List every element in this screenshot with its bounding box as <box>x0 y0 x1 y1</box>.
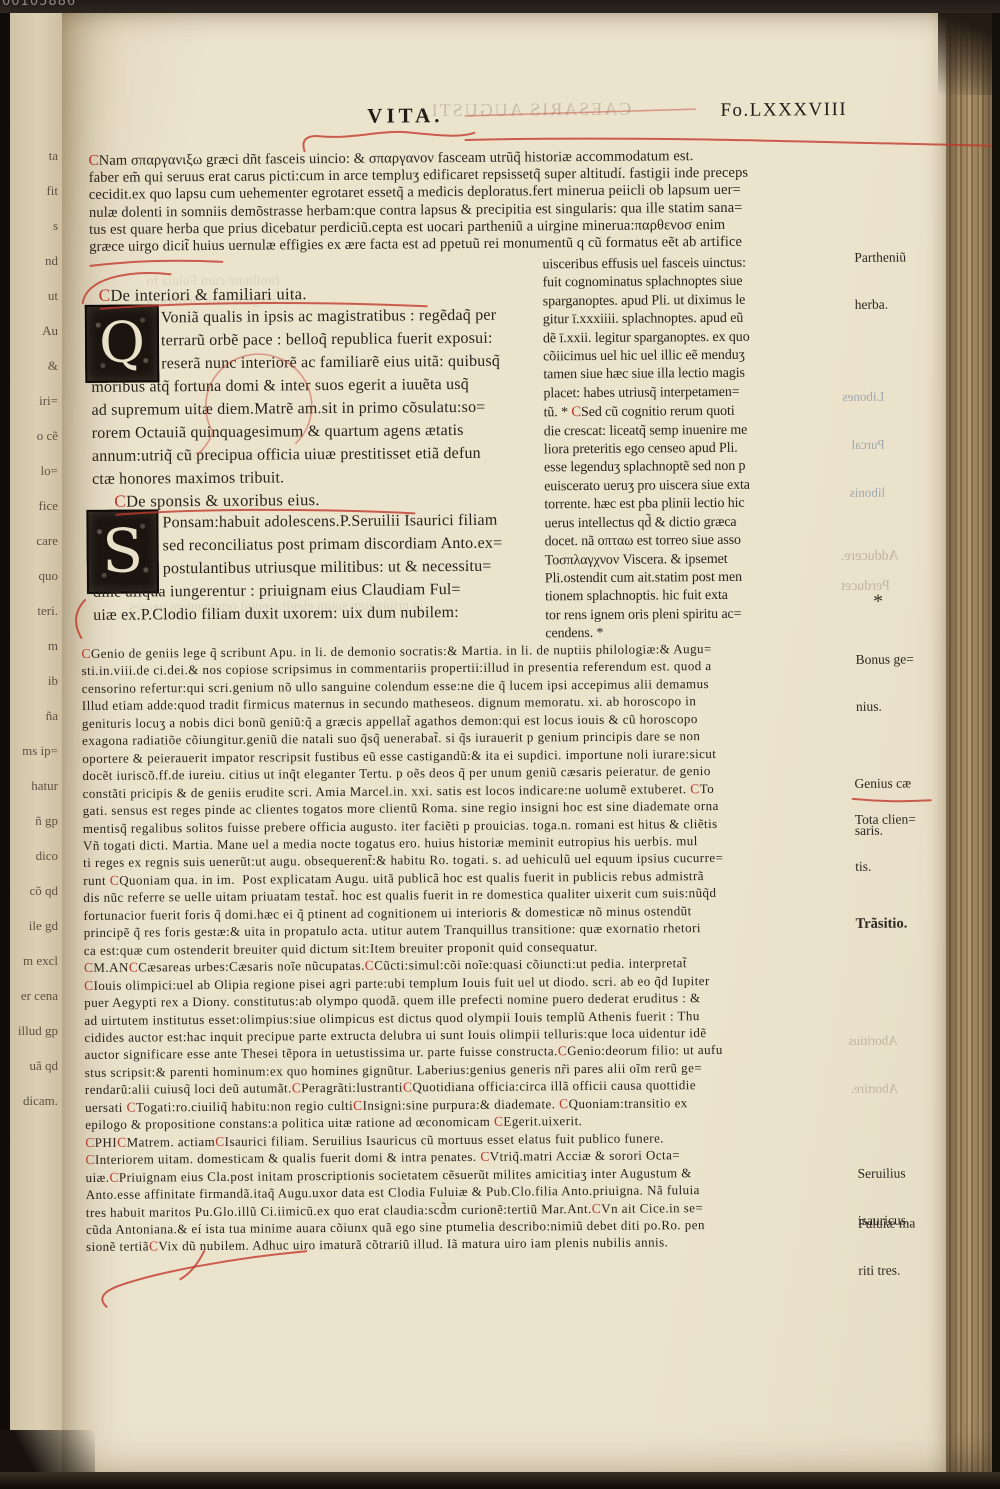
photo-left-edge <box>0 0 10 1489</box>
binding-shadow-top-right <box>938 0 1000 95</box>
photo-right-edge <box>992 0 1000 1489</box>
page-content: CAESARIS AUGUSTI. fimilitate cum Fuluia … <box>0 0 1000 1489</box>
photo-bottom-edge <box>0 1472 1000 1489</box>
book-photo: tafitsndutAu&iri=o cẽlo=ficecarequoteri.… <box>0 0 1000 1489</box>
red-pen-flourishes <box>0 0 1000 1489</box>
photo-top-edge: 00105886 <box>0 0 1000 13</box>
digitization-stamp: 00105886 <box>2 0 76 9</box>
